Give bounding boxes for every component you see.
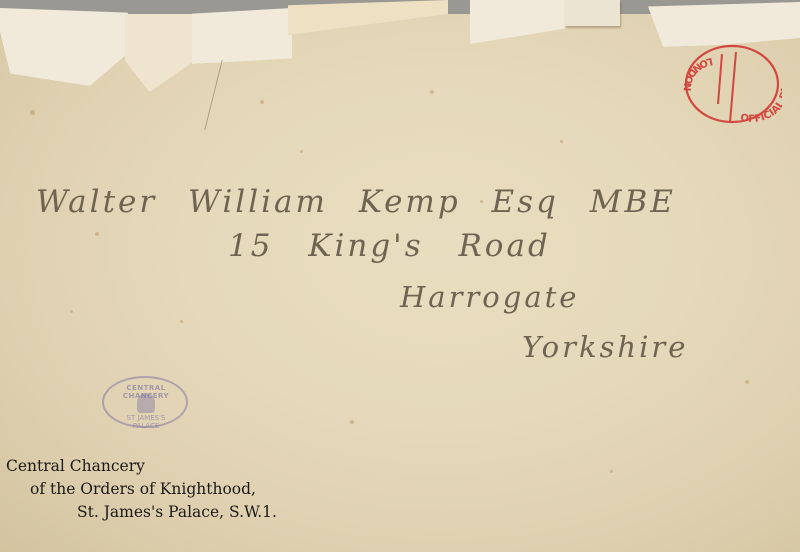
foxing-spot [70, 310, 73, 313]
torn-flap [288, 0, 448, 35]
cachet-bottom-text: ST JAMES'S PALACE [114, 414, 178, 430]
torn-flap [192, 8, 292, 64]
addressee-town: Harrogate [400, 280, 579, 314]
torn-flap [125, 14, 195, 92]
torn-flap [0, 8, 128, 86]
foxing-spot [260, 100, 264, 104]
torn-flap [470, 0, 570, 44]
crown-icon [137, 393, 155, 413]
foxing-spot [350, 420, 354, 424]
return-address-line-2: of the Orders of Knighthood, [6, 478, 277, 501]
foxing-spot [300, 150, 303, 153]
foxing-spot [430, 90, 434, 94]
addressee-county: Yorkshire [522, 330, 688, 364]
foxing-spot [30, 110, 35, 115]
foxing-spot [610, 470, 613, 473]
return-address: Central Chancery of the Orders of Knight… [6, 455, 277, 524]
svg-text:LONDON: LONDON [682, 55, 714, 92]
foxing-spot [745, 380, 749, 384]
foxing-spot [560, 140, 563, 143]
addressee-name: Walter William Kemp Esq MBE [36, 184, 676, 220]
foxing-spot [180, 320, 183, 323]
foxing-spot [95, 232, 99, 236]
postmark-icon: LONDON OFFICIAL PA [682, 42, 782, 126]
chancery-cachet: CENTRAL CHANCERY ST JAMES'S PALACE [102, 376, 188, 428]
addressee-street: 15 King's Road [228, 228, 551, 264]
return-address-line-3: St. James's Palace, S.W.1. [6, 501, 277, 524]
torn-flap [565, 0, 620, 26]
return-address-line-1: Central Chancery [6, 455, 277, 478]
envelope: LONDON OFFICIAL PA Walter William Kemp E… [0, 0, 800, 552]
svg-text:OFFICIAL PA: OFFICIAL PA [739, 86, 782, 125]
torn-flap [648, 2, 800, 47]
official-paid-postmark: LONDON OFFICIAL PA [682, 42, 782, 126]
tear-line [204, 60, 262, 130]
